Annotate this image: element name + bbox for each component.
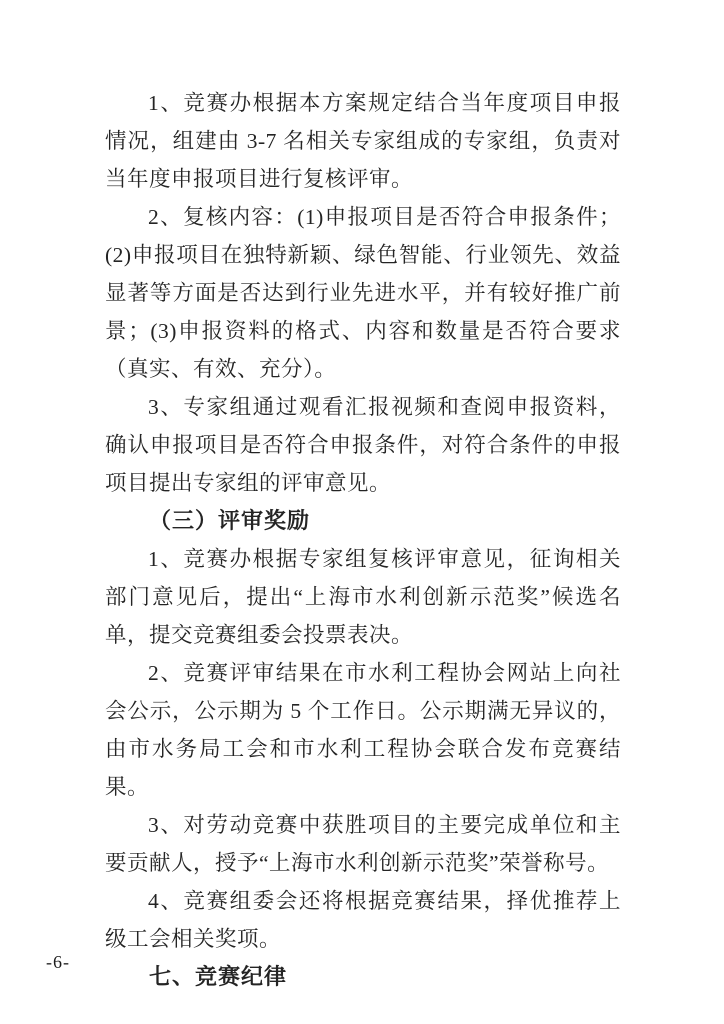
paragraph-review-panel: 1、竞赛办根据本方案规定结合当年度项目申报情况，组建由 3-7 名相关专家组成的… bbox=[105, 84, 621, 198]
section-heading-discipline: 七、竞赛纪律 bbox=[105, 958, 621, 996]
section-heading-review-awards: （三）评审奖励 bbox=[105, 502, 621, 540]
paragraph-expert-opinion: 3、专家组通过观看汇报视频和查阅申报资料，确认申报项目是否符合申报条件，对符合条… bbox=[105, 388, 621, 502]
document-body: 1、竞赛办根据本方案规定结合当年度项目申报情况，组建由 3-7 名相关专家组成的… bbox=[105, 84, 621, 996]
paragraph-recommendation: 4、竞赛组委会还将根据竞赛结果，择优推荐上级工会相关奖项。 bbox=[105, 882, 621, 958]
document-page: 1、竞赛办根据本方案规定结合当年度项目申报情况，组建由 3-7 名相关专家组成的… bbox=[0, 0, 724, 1024]
paragraph-candidate-list: 1、竞赛办根据专家组复核评审意见，征询相关部门意见后，提出“上海市水利创新示范奖… bbox=[105, 540, 621, 654]
page-number: -6- bbox=[46, 952, 70, 973]
paragraph-honor-title: 3、对劳动竞赛中获胜项目的主要完成单位和主要贡献人，授予“上海市水利创新示范奖”… bbox=[105, 806, 621, 882]
paragraph-review-content: 2、复核内容：(1)申报项目是否符合申报条件；(2)申报项目在独特新颖、绿色智能… bbox=[105, 198, 621, 388]
paragraph-public-notice: 2、竞赛评审结果在市水利工程协会网站上向社会公示，公示期为 5 个工作日。公示期… bbox=[105, 654, 621, 806]
